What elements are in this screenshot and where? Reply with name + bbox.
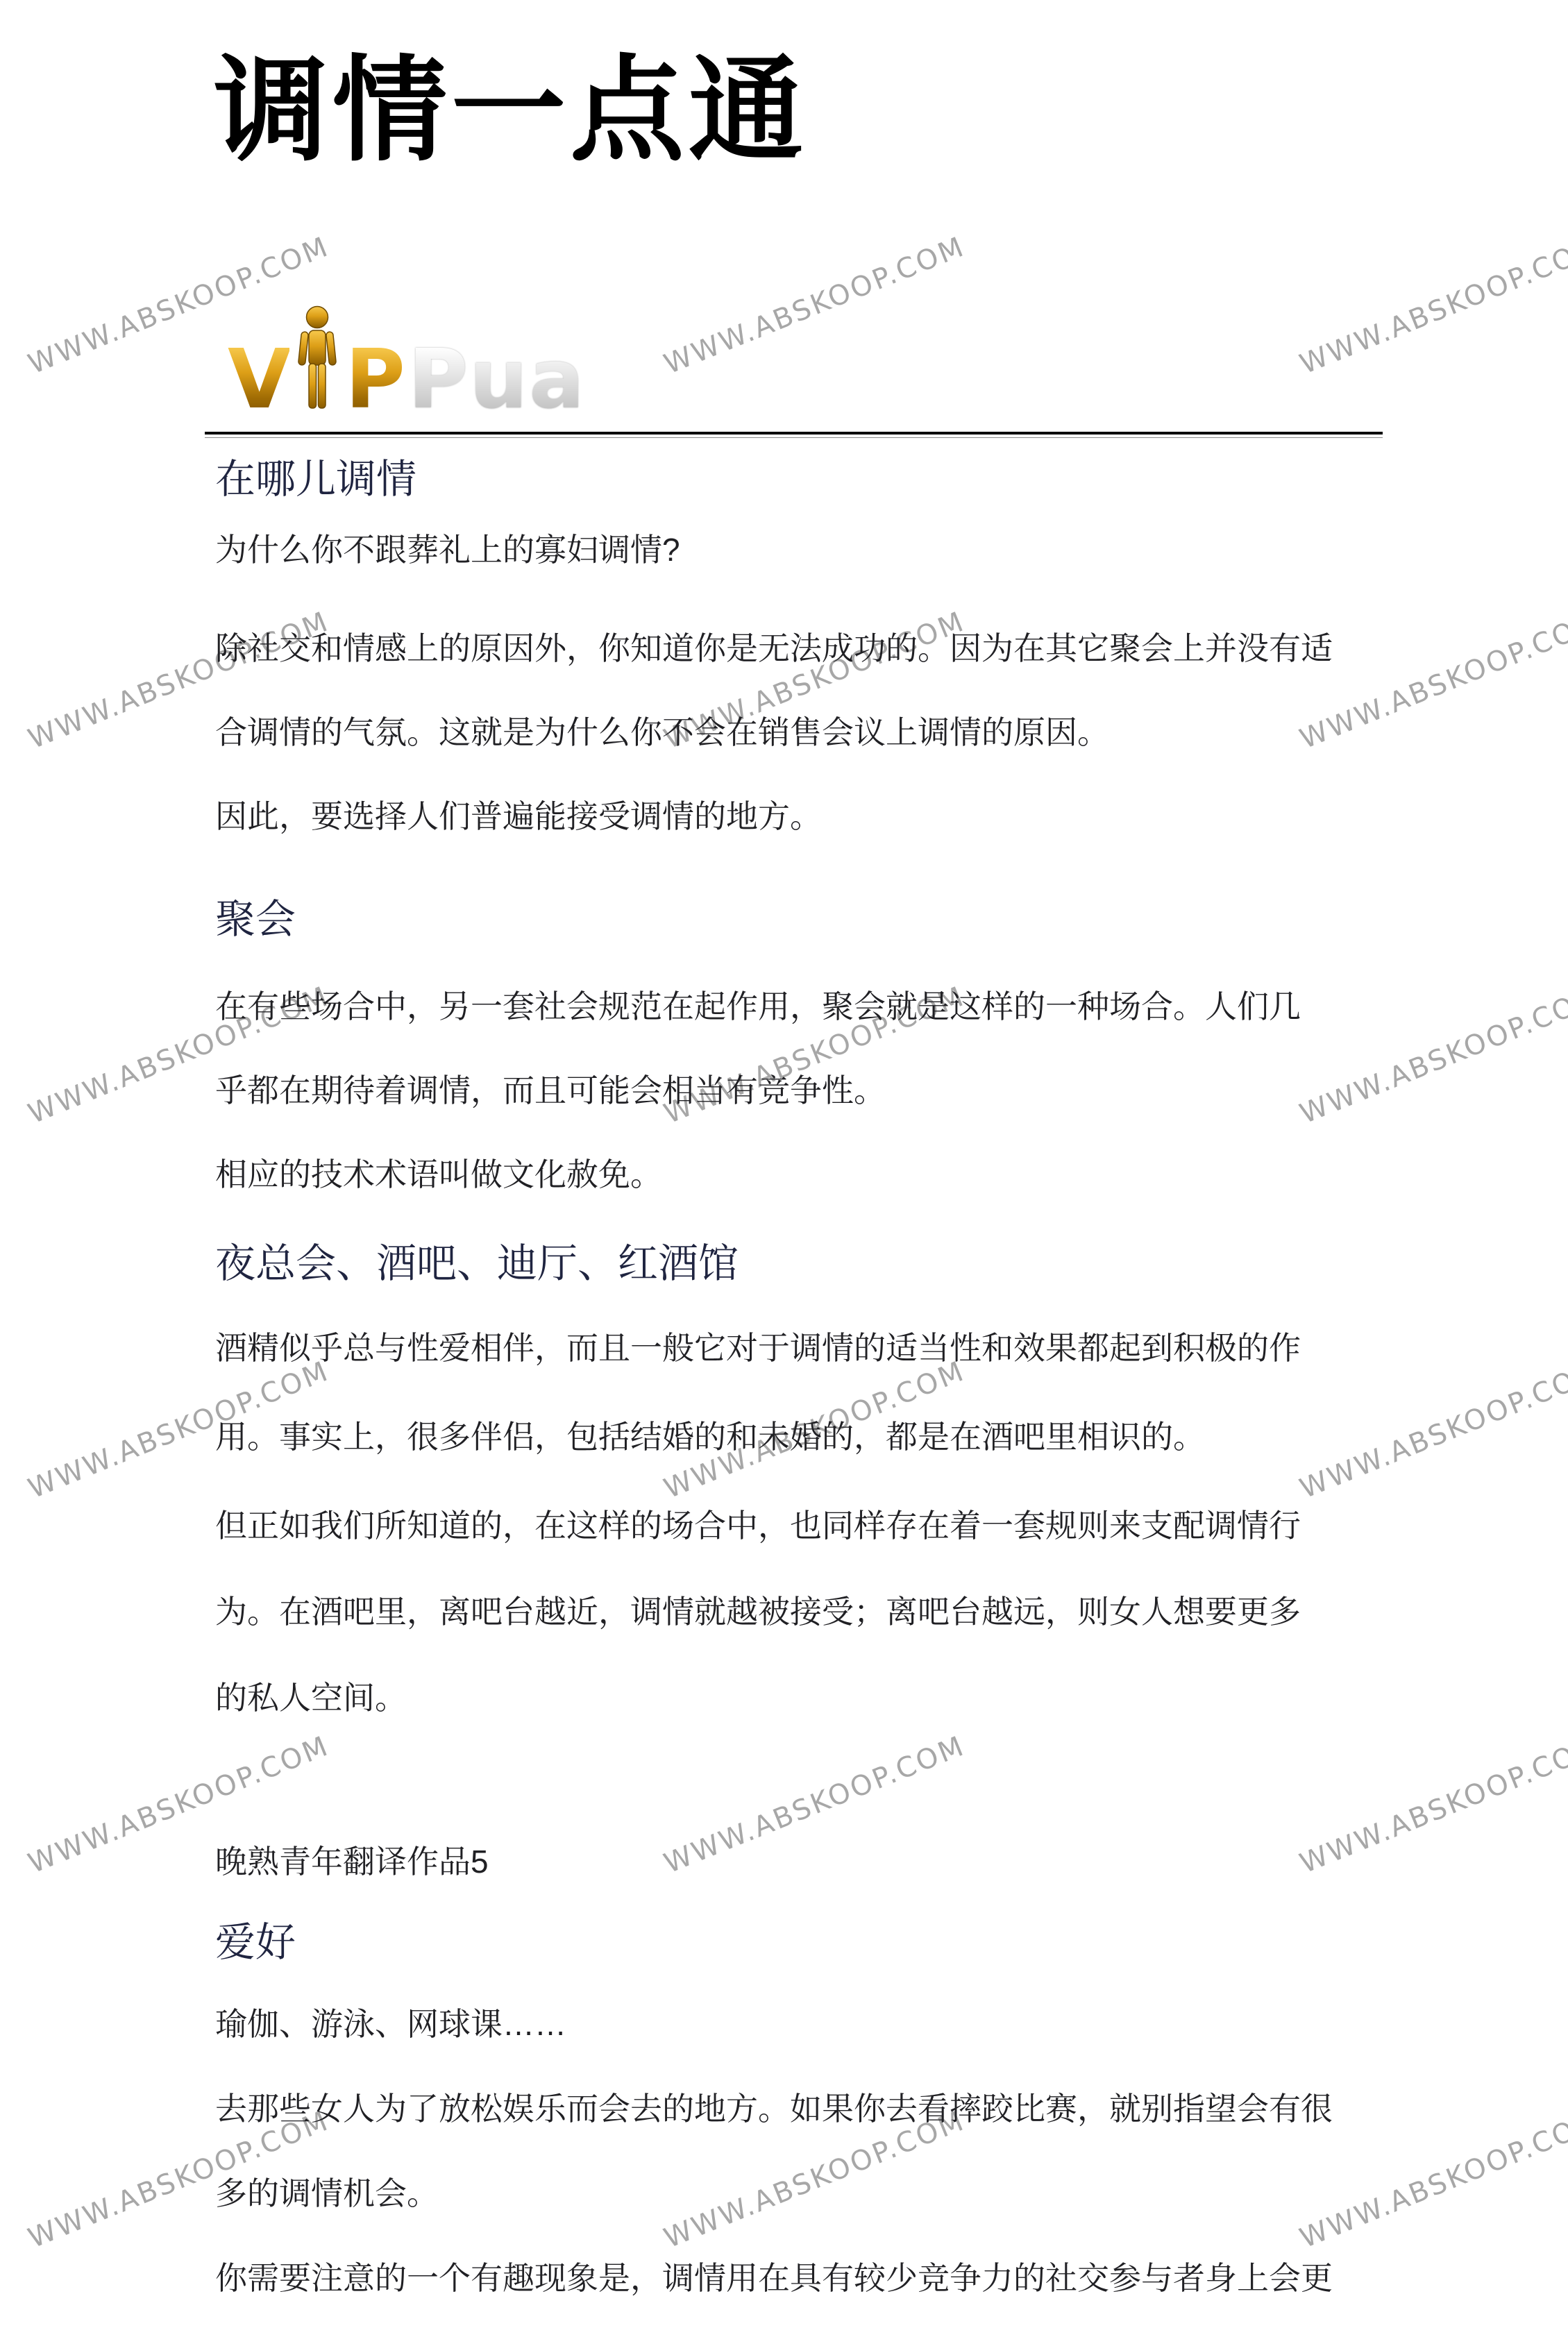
vippua-logo: V P Pua xyxy=(228,307,586,411)
person-icon xyxy=(292,305,342,411)
document-page: WWW.ABSKOOP.COMWWW.ABSKOOP.COMWWW.ABSKOO… xyxy=(0,0,1568,2328)
body-line: 酒精似乎总与性爱相伴，而且一般它对于调情的适当性和效果都起到积极的作 xyxy=(215,1330,1301,1367)
body-line: 因此，要选择人们普遍能接受调情的地方。 xyxy=(215,798,822,835)
body-line: 在有些场合中，另一套社会规范在起作用，聚会就是这样的一种场合。人们几 xyxy=(215,988,1301,1025)
body-line: 除社交和情感上的原因外，你知道你是无法成功的。因为在其它聚会上并没有适 xyxy=(215,630,1333,667)
section-heading: 聚会 xyxy=(215,897,296,943)
body-line: 瑜伽、游泳、网球课…… xyxy=(215,2006,566,2043)
body-line: 你需要注意的一个有趣现象是，调情用在具有较少竞争力的社交参与者身上会更 xyxy=(215,2260,1333,2297)
body-line: 晚熟青年翻译作品5 xyxy=(215,1844,489,1880)
content-layer: 调情一点通 V xyxy=(0,0,1568,2328)
horizontal-rule xyxy=(205,432,1383,438)
body-line: 去那些女人为了放松娱乐而会去的地方。如果你去看摔跤比赛，就别指望会有很 xyxy=(215,2091,1333,2127)
body-line: 合调情的气氛。这就是为什么你不会在销售会议上调情的原因。 xyxy=(215,714,1109,751)
body-line: 多的调情机会。 xyxy=(215,2175,439,2212)
body-line: 但正如我们所知道的，在这样的场合中，也同样存在着一套规则来支配调情行 xyxy=(215,1508,1301,1544)
body-line: 相应的技术术语叫做文化赦免。 xyxy=(215,1156,662,1193)
body-line: 用。事实上，很多伴侣，包括结婚的和未婚的，都是在酒吧里相识的。 xyxy=(215,1419,1205,1456)
logo-letter-v: V xyxy=(228,347,289,411)
logo-text-pua: Pua xyxy=(408,347,586,411)
logo-letter-p: P xyxy=(345,347,403,411)
page-title: 调情一点通 xyxy=(214,54,807,169)
body-line: 为。在酒吧里，离吧台越近，调情就越被接受；离吧台越远，则女人想要更多 xyxy=(215,1594,1301,1630)
section-heading: 在哪儿调情 xyxy=(215,457,416,503)
body-line: 为什么你不跟葬礼上的寡妇调情? xyxy=(215,532,680,568)
body-line: 的私人空间。 xyxy=(215,1680,407,1717)
body-line: 乎都在期待着调情，而且可能会相当有竞争性。 xyxy=(215,1072,886,1109)
section-heading: 爱好 xyxy=(215,1920,296,1966)
section-heading: 夜总会、酒吧、迪厅、红酒馆 xyxy=(215,1241,739,1288)
